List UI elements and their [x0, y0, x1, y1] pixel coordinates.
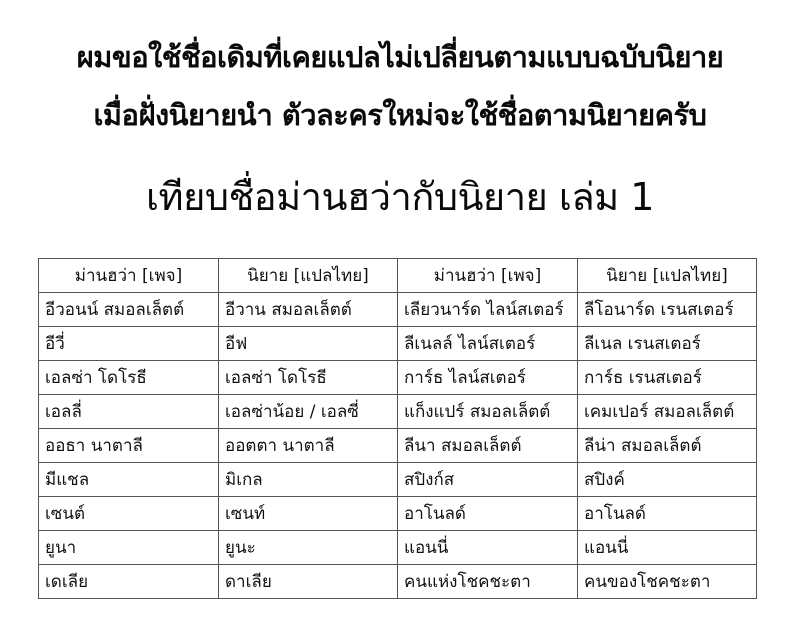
table-header-row: ม่านฮว่า [เพจ] นิยาย [แปลไทย] ม่านฮว่า [… — [39, 259, 757, 293]
table-row: ยูนา ยูนะ แอนนี่ แอนนี่ — [39, 531, 757, 565]
table-cell: อาโนลด์ — [398, 497, 578, 531]
table-cell: การ์ธ เรนสเตอร์ — [578, 361, 757, 395]
header-novel-thai: นิยาย [แปลไทย] — [578, 259, 757, 293]
table-cell: แอนนี่ — [398, 531, 578, 565]
table-cell: ลีนา สมอลเล็ตต์ — [398, 429, 578, 463]
table-cell: เอลซ่า โดโรธี — [219, 361, 398, 395]
table-cell: มีแชล — [39, 463, 219, 497]
table-cell: อีวาน สมอลเล็ตต์ — [219, 293, 398, 327]
table-cell: เอลซ่าน้อย / เอลซี่ — [219, 395, 398, 429]
table-cell: ลีเนลล์ ไลน์สเตอร์ — [398, 327, 578, 361]
table-row: อีวี่ อีฟ ลีเนลล์ ไลน์สเตอร์ ลีเนล เรนสเ… — [39, 327, 757, 361]
name-comparison-table: ม่านฮว่า [เพจ] นิยาย [แปลไทย] ม่านฮว่า [… — [38, 258, 757, 599]
header-manhwa-page: ม่านฮว่า [เพจ] — [398, 259, 578, 293]
table-cell: ออตตา นาตาลี — [219, 429, 398, 463]
heading-line-1: ผมขอใช้ชื่อเดิมที่เคยแปลไม่เปลี่ยนตามแบบ… — [0, 34, 800, 80]
table-row: มีแชล มิเกล สปิงก์ส สปิงค์ — [39, 463, 757, 497]
heading-line-2: เมื่อฝั่งนิยายนำ ตัวละครใหม่จะใช้ชื่อตาม… — [0, 92, 800, 138]
table-cell: ลีน่า สมอลเล็ตต์ — [578, 429, 757, 463]
table-cell: สปิงก์ส — [398, 463, 578, 497]
table-row: เซนต์ เซนท์ อาโนลด์ อาโนลด์ — [39, 497, 757, 531]
table-cell: เดเลีย — [39, 565, 219, 599]
table-cell: มิเกล — [219, 463, 398, 497]
table-cell: การ์ธ ไลน์สเตอร์ — [398, 361, 578, 395]
table-cell: เคมเปอร์ สมอลเล็ตต์ — [578, 395, 757, 429]
table-cell: อีวี่ — [39, 327, 219, 361]
table-cell: ลีโอนาร์ด เรนสเตอร์ — [578, 293, 757, 327]
table-row: เดเลีย ดาเลีย คนแห่งโชคชะตา คนของโชคชะตา — [39, 565, 757, 599]
table-cell: ยูนา — [39, 531, 219, 565]
header-novel-thai: นิยาย [แปลไทย] — [219, 259, 398, 293]
table-cell: อีฟ — [219, 327, 398, 361]
table-cell: อีวอนน์ สมอลเล็ตต์ — [39, 293, 219, 327]
table-cell: ดาเลีย — [219, 565, 398, 599]
table-row: อีวอนน์ สมอลเล็ตต์ อีวาน สมอลเล็ตต์ เลีย… — [39, 293, 757, 327]
table-cell: เลียวนาร์ด ไลน์สเตอร์ — [398, 293, 578, 327]
table-row: ออธา นาตาลี ออตตา นาตาลี ลีนา สมอลเล็ตต์… — [39, 429, 757, 463]
table-cell: คนของโชคชะตา — [578, 565, 757, 599]
table-cell: ออธา นาตาลี — [39, 429, 219, 463]
table-cell: เอลลี่ — [39, 395, 219, 429]
table-row: เอลซ่า โดโรธี เอลซ่า โดโรธี การ์ธ ไลน์สเ… — [39, 361, 757, 395]
table-cell: เซนท์ — [219, 497, 398, 531]
table-cell: ลีเนล เรนสเตอร์ — [578, 327, 757, 361]
page-title: เทียบชื่อม่านฮว่ากับนิยาย เล่ม 1 — [0, 166, 800, 227]
table-row: เอลลี่ เอลซ่าน้อย / เอลซี่ แก็งแปร์ สมอล… — [39, 395, 757, 429]
table-cell: แก็งแปร์ สมอลเล็ตต์ — [398, 395, 578, 429]
table-cell: แอนนี่ — [578, 531, 757, 565]
table-cell: ยูนะ — [219, 531, 398, 565]
table-cell: คนแห่งโชคชะตา — [398, 565, 578, 599]
header-manhwa-page: ม่านฮว่า [เพจ] — [39, 259, 219, 293]
table-cell: อาโนลด์ — [578, 497, 757, 531]
table-cell: เอลซ่า โดโรธี — [39, 361, 219, 395]
table-cell: สปิงค์ — [578, 463, 757, 497]
table-cell: เซนต์ — [39, 497, 219, 531]
